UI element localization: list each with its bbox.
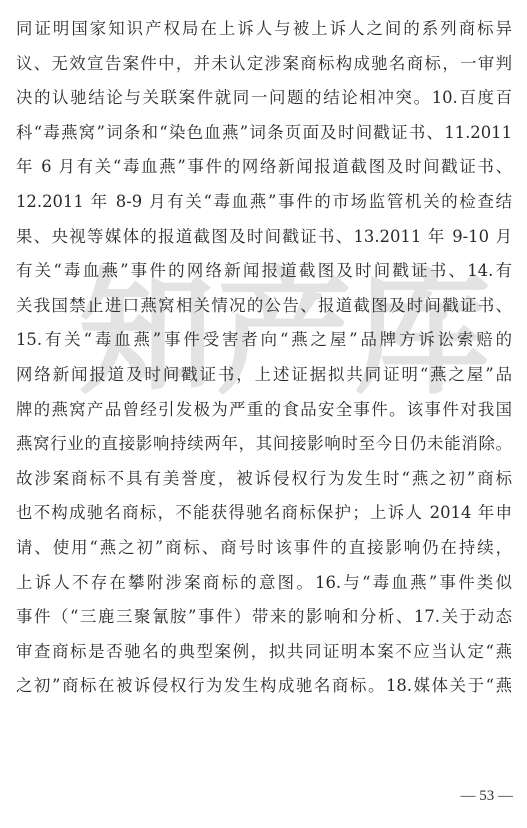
text-line: 12.2011 年 8-9 月有关“毒血燕”事件的市场监管机关的检查结	[16, 185, 512, 220]
text-line: 网络新闻报道及时间戳证书，上述证据拟共同证明“燕之屋”品	[16, 358, 512, 393]
text-line: 年 6 月有关“毒血燕”事件的网络新闻报道截图及时间戳证书、	[16, 150, 512, 185]
text-line: 上诉人不存在攀附涉案商标的意图。16.与“毒血燕”事件类似	[16, 566, 512, 601]
text-line: 审查商标是否驰名的典型案例，拟共同证明本案不应当认定“燕	[16, 635, 512, 670]
text-line: 也不构成驰名商标，不能获得驰名商标保护；上诉人 2014 年申	[16, 496, 512, 531]
text-line: 科“毒燕窝”词条和“染色血燕”词条页面及时间戳证书、11.2011	[16, 116, 512, 151]
text-line: 事件（“三鹿三聚氰胺”事件）带来的影响和分析、17.关于动态	[16, 600, 512, 635]
body-text: 同证明国家知识产权局在上诉人与被上诉人之间的系列商标异 议、无效宣告案件中，并未…	[16, 12, 512, 704]
text-line: 决的认驰结论与关联案件就同一问题的结论相冲突。10.百度百	[16, 81, 512, 116]
text-line: 15.有关“毒血燕”事件受害者向“燕之屋”品牌方诉讼索赔的	[16, 323, 512, 358]
text-line: 议、无效宣告案件中，并未认定涉案商标构成驰名商标，一审判	[16, 47, 512, 82]
text-line: 之初”商标在被诉侵权行为发生构成驰名商标。18.媒体关于“燕	[16, 669, 512, 704]
text-line: 关我国禁止进口燕窝相关情况的公告、报道截图及时间戳证书、	[16, 289, 512, 324]
text-line: 燕窝行业的直接影响持续两年，其间接影响时至今日仍未能消除。	[16, 427, 512, 462]
document-page: 知产库 同证明国家知识产权局在上诉人与被上诉人之间的系列商标异 议、无效宣告案件…	[0, 0, 527, 828]
text-line: 同证明国家知识产权局在上诉人与被上诉人之间的系列商标异	[16, 12, 512, 47]
text-line: 有关“毒血燕”事件的网络新闻报道截图及时间戳证书、14.有	[16, 254, 512, 289]
text-line: 请、使用“燕之初”商标、商号时该事件的直接影响仍在持续，	[16, 531, 512, 566]
text-line: 果、央视等媒体的报道截图及时间戳证书、13.2011 年 9-10 月	[16, 220, 512, 255]
text-line: 故涉案商标不具有美誉度，被诉侵权行为发生时“燕之初”商标	[16, 462, 512, 497]
text-line: 牌的燕窝产品曾经引发极为严重的食品安全事件。该事件对我国	[16, 393, 512, 428]
page-number: — 53 —	[461, 788, 514, 805]
